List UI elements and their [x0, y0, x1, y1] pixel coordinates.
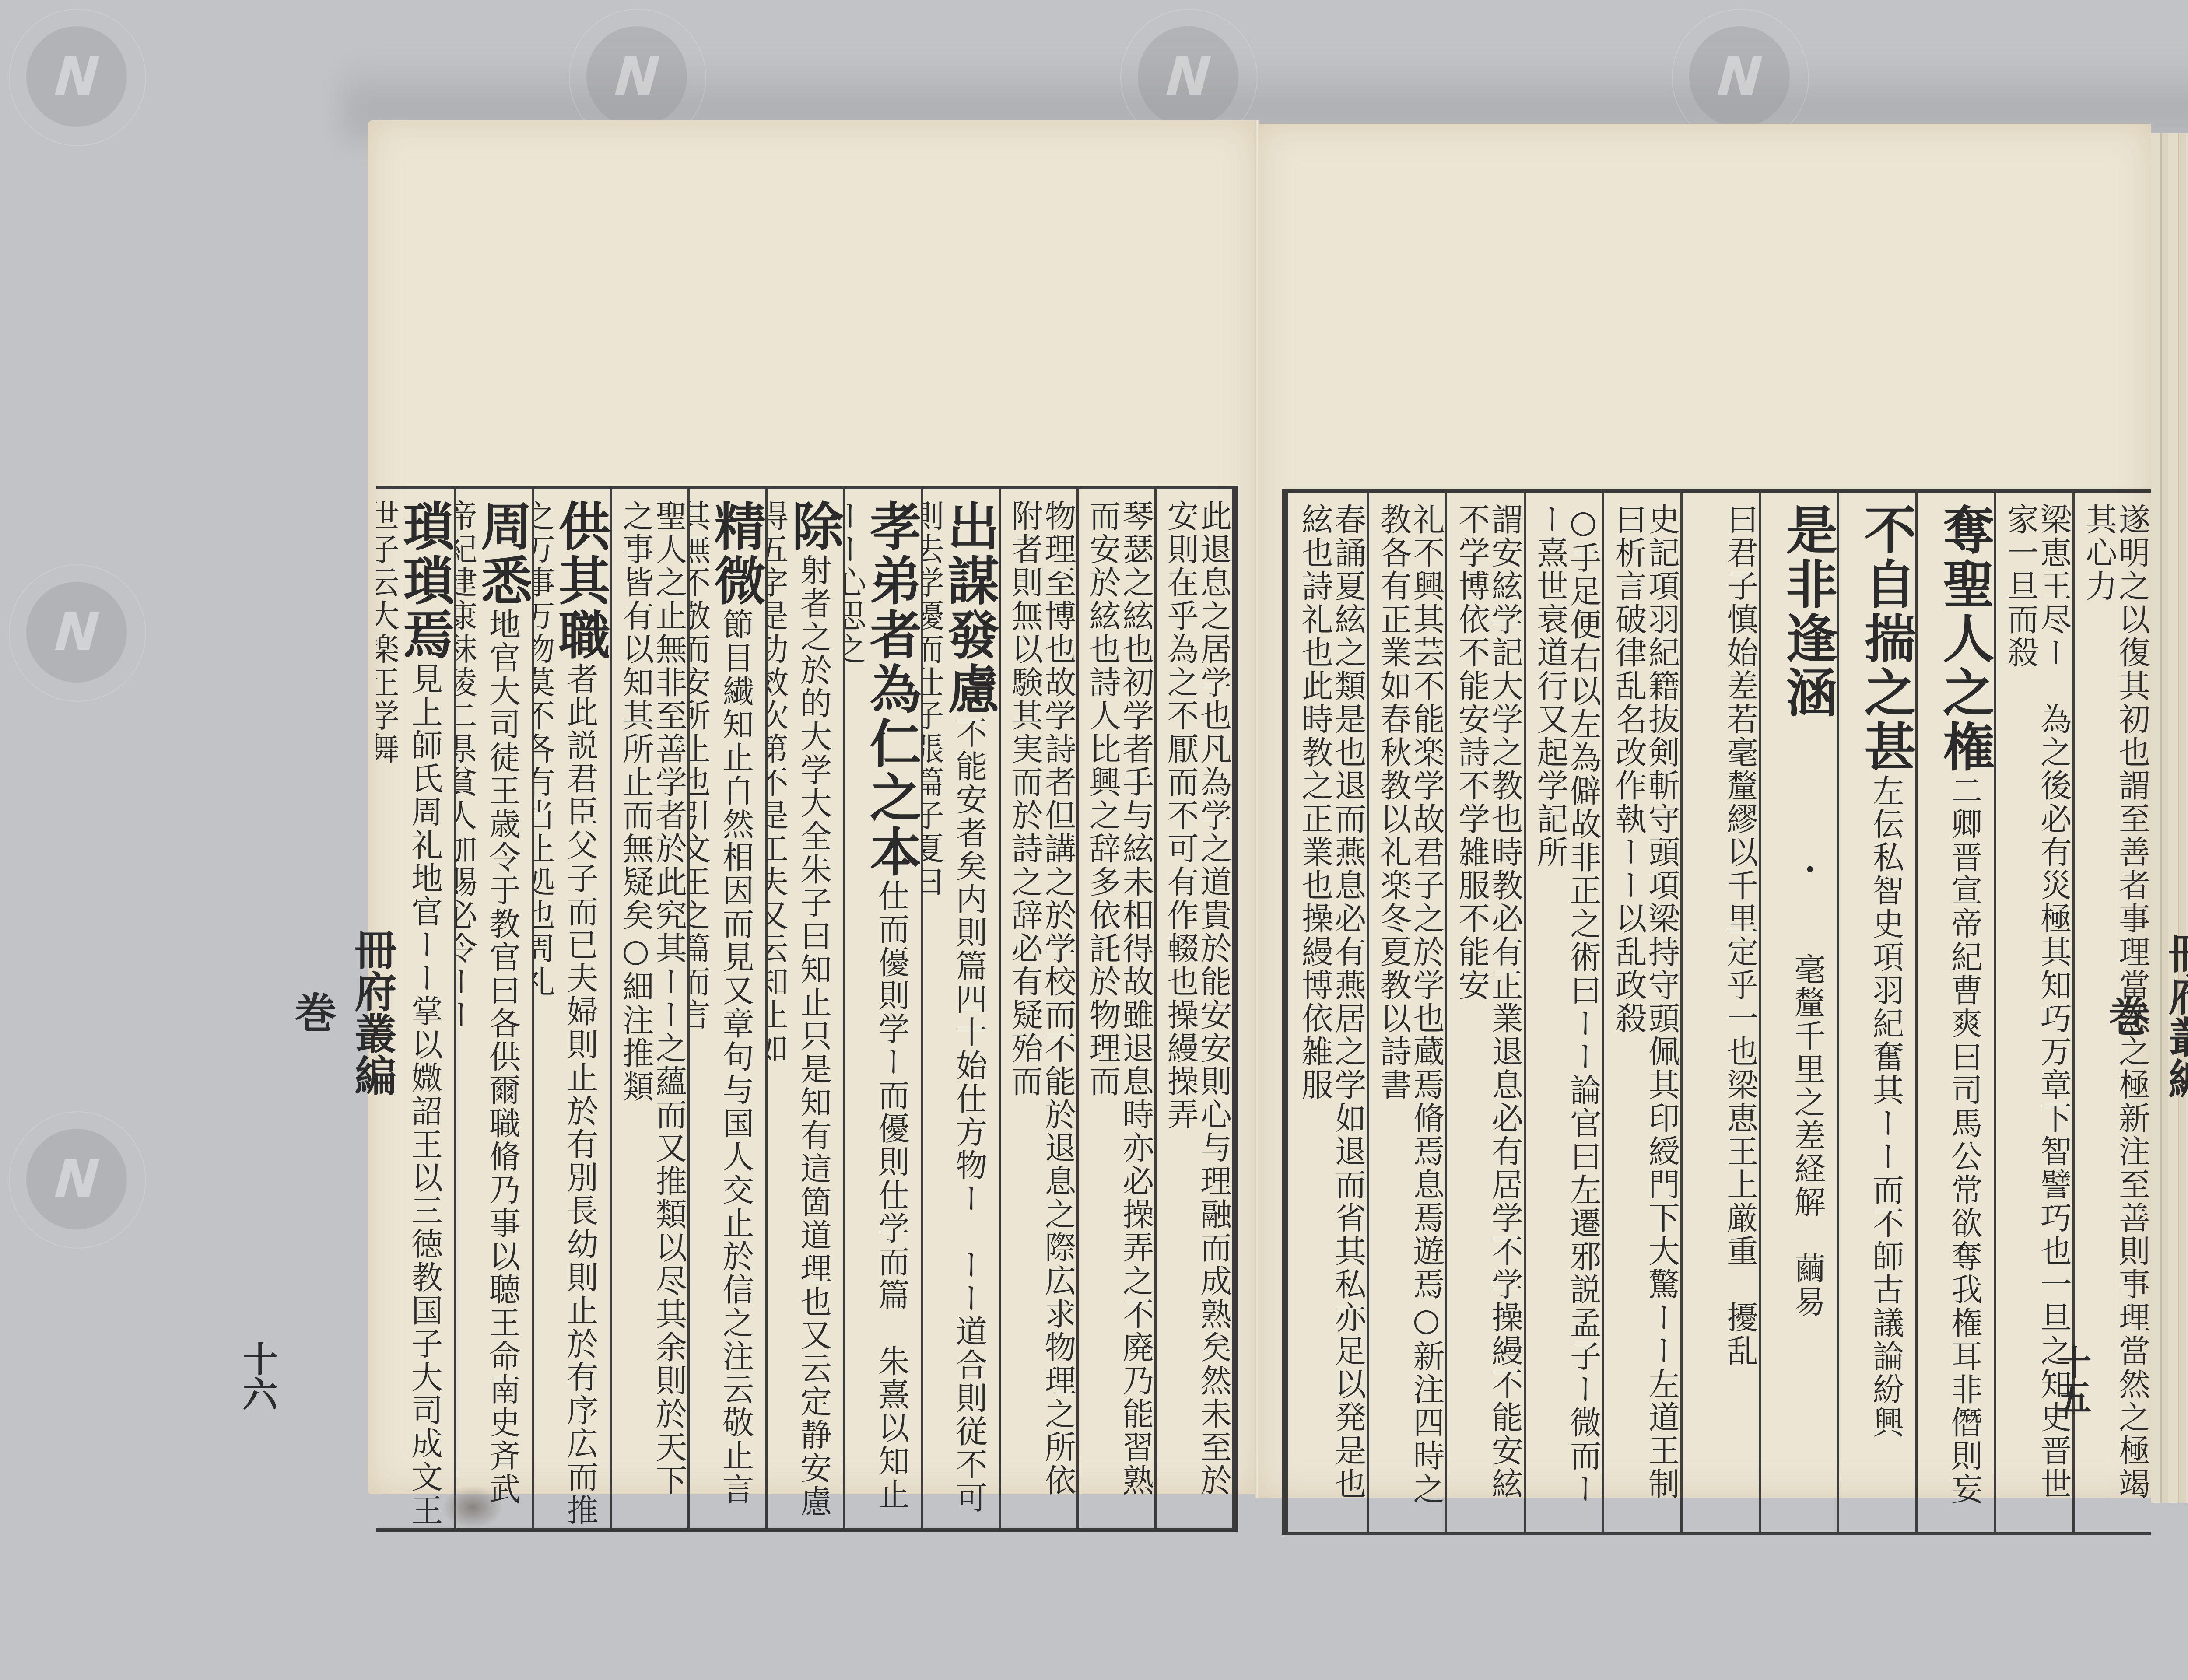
- ink-stain: [442, 1485, 503, 1529]
- text-column: 孝弟者為仁之本仕而優則学ー而優則仕学而篇 朱熹以知止ーー心思之: [843, 489, 921, 1528]
- volume-mark: 巻: [283, 991, 343, 1033]
- nishogakusha-watermark-icon: N: [26, 582, 127, 682]
- text-column: 物理至博也故学詩者但講之於学校而不能於退息之際広求物理之所依附者則無以験其実而於…: [999, 489, 1077, 1528]
- commentary-text: 聖人之止無非至善学者於此究其ーー之蘊而又推類以尽其余則於天下之事皆有以知其所止而…: [617, 500, 687, 1497]
- text-column: 礼不興其芸不能楽学故君子之於学也蔵焉脩焉息焉遊焉○新注四時之教各有正業如春秋教以…: [1367, 493, 1445, 1532]
- commentary-text: 二卿晋宣帝紀曹爽曰司馬公常欲奪我権耳非僭則妄: [1946, 774, 1983, 1506]
- headword: 周悉: [472, 500, 532, 608]
- running-head-title: 冊府叢編: [343, 928, 403, 1096]
- right-page-text-frame: 遂明之以復其初也謂至善者事理當然之極新注至善則事理當然之極竭其心力梁恵王尽ー 為…: [1282, 489, 2151, 1535]
- text-column: 供其職者此説君臣父子而已夫婦則止於有別長幼則止於有序広而推之万事万物莫不各有当止…: [532, 489, 610, 1528]
- text-column: 奪聖人之権二卿晋宣帝紀曹爽曰司馬公常欲奪我権耳非僭則妄: [1915, 493, 1994, 1532]
- commentary-text: 曰君子慎始差若毫釐繆以千里定乎一也梁恵王上厳重 擾乱: [1722, 503, 1758, 1368]
- left-page-text-frame: 此退息之居学也凡為学之道貴於能安安則心与理融而成熟矣然未至於安則在乎為之不厭而不…: [376, 486, 1238, 1532]
- commentary-text: 物理至博也故学詩者但講之於学校而不能於退息之際広求物理之所依附者則無以験其実而於…: [1006, 500, 1076, 1497]
- right-running-head: 冊府叢編 巻 十五: [2157, 489, 2188, 1528]
- text-column: 周悉地官大司徒王歳令于教官曰各供爾職脩乃事以聴王命南史斉武帝紀建康秣陵二県貧人加…: [454, 489, 532, 1528]
- volume-mark: 巻: [2097, 994, 2156, 1036]
- commentary-text: 礼不興其芸不能楽学故君子之於学也蔵焉脩焉息焉遊焉○新注四時之教各有正業如春秋教以…: [1375, 503, 1445, 1506]
- commentary-text: 射者之於的大学大全朱子曰知止只是知有這箇道理也又云定静安慮得五字是功效次第不是工…: [765, 500, 832, 1518]
- text-column: 精微節目繊知止自然相因而見又章句与国人交止於信之注云敬止言其無不敬而安所止也引文…: [687, 489, 765, 1528]
- commentary-text: 史記項羽紀籍抜剣斬守頭項梁持守頭佩其印綬門下大驚ーー左道王制曰析言破律乱名改作執…: [1610, 503, 1680, 1501]
- commentary-text: 此退息之居学也凡為学之道貴於能安安則心与理融而成熟矣然未至於安則在乎為之不厭而不…: [1162, 500, 1232, 1497]
- folio-number: 十六: [232, 1341, 283, 1411]
- nishogakusha-watermark-icon: N: [1138, 26, 1238, 127]
- text-column: 史記項羽紀籍抜剣斬守頭項梁持守頭佩其印綬門下大驚ーー左道王制曰析言破律乱名改作執…: [1602, 493, 1680, 1532]
- right-page: 遂明之以復其初也謂至善者事理當然之極新注至善則事理當然之極竭其心力梁恵王尽ー 為…: [1258, 124, 2151, 1498]
- commentary-text: 謂安絃学記大学之教也時教必有正業退息必有居学不学操縵不能安絃不学博依不能安詩不学…: [1453, 503, 1523, 1501]
- text-column: 出謀發慮不能安者矣内則篇四十始仕方物ー ーー道合則従不可則去学優而仕子張篇子夏曰: [921, 489, 999, 1528]
- text-column: 聖人之止無非至善学者於此究其ーー之蘊而又推類以尽其余則於天下之事皆有以知其所止而…: [610, 489, 688, 1528]
- left-page: 此退息之居学也凡為学之道貴於能安安則心与理融而成熟矣然未至於安則在乎為之不厭而不…: [368, 120, 1256, 1494]
- headword: 奪聖人之権: [1934, 503, 1994, 774]
- text-column: 謂安絃学記大学之教也時教必有正業退息必有居学不学操縵不能安絃不学博依不能安詩不学…: [1445, 493, 1523, 1532]
- folio-number: 十五: [2046, 1344, 2097, 1414]
- commentary-text: ○手足便右以左為僻故非正之術曰ーー論官曰左遷邪説孟子ー微而ーー熹世衰道行又起学記…: [1532, 503, 1602, 1506]
- text-column: 琴瑟之絃也初学者手与絃未相得故雖退息時亦必操弄之不廃乃能習熟而安於絃也詩人比興之…: [1076, 489, 1154, 1528]
- left-running-head: 冊府叢編 巻 十六: [344, 486, 403, 1525]
- headword: 精微: [705, 500, 765, 608]
- text-column: 是非逢涵 ・ 毫釐千里之差経解 繭易: [1759, 493, 1837, 1532]
- nishogakusha-watermark-icon: N: [26, 1129, 127, 1229]
- commentary-text: 地官大司徒王歳令于教官曰各供爾職脩乃事以聴王命南史斉武帝紀建康秣陵二県貧人加賜必…: [454, 500, 521, 1506]
- text-column: 曰君子慎始差若毫釐繆以千里定乎一也梁恵王上厳重 擾乱: [1680, 493, 1759, 1532]
- text-column: 春誦夏絃之類是也退而燕息必有燕居之学如退而省其私亦足以発是也絃也詩礼也此時教之正…: [1288, 493, 1367, 1532]
- nishogakusha-watermark-icon: N: [1689, 26, 1790, 127]
- commentary-text: 琴瑟之絃也初学者手与絃未相得故雖退息時亦必操弄之不廃乃能習熟而安於絃也詩人比興之…: [1084, 500, 1154, 1497]
- open-book: 此退息之居学也凡為学之道貴於能安安則心与理融而成熟矣然未至於安則在乎為之不厭而不…: [368, 116, 2188, 1560]
- headword: 孝弟者為仁之本: [861, 500, 921, 879]
- text-column: 此退息之居学也凡為学之道貴於能安安則心与理融而成熟矣然未至於安則在乎為之不厭而不…: [1154, 489, 1232, 1528]
- headword: 供其職: [550, 500, 610, 662]
- running-head-title: 冊府叢編: [2156, 931, 2188, 1099]
- headword: 不自揣之甚: [1855, 503, 1915, 774]
- text-column: 不自揣之甚左伝私智史項羽紀奮其ーー而不師古議論紛興: [1837, 493, 1915, 1532]
- headword: 瑣瑣焉: [394, 500, 454, 662]
- text-column: 除射者之於的大学大全朱子曰知止只是知有這箇道理也又云定静安慮得五字是功效次第不是…: [765, 489, 843, 1528]
- headword: 除: [783, 500, 843, 554]
- text-column: ○手足便右以左為僻故非正之術曰ーー論官曰左遷邪説孟子ー微而ーー熹世衰道行又起学記…: [1524, 493, 1602, 1532]
- nishogakusha-watermark-icon: N: [586, 26, 687, 127]
- nishogakusha-watermark-icon: N: [26, 26, 127, 127]
- headword: 是非逢涵: [1777, 503, 1837, 720]
- commentary-text: 左伝私智史項羽紀奮其ーー而不師古議論紛興: [1867, 774, 1904, 1439]
- commentary-text: 春誦夏絃之類是也退而燕息必有燕居之学如退而省其私亦足以発是也絃也詩礼也此時教之正…: [1297, 503, 1367, 1501]
- commentary-text: ・ 毫釐千里之差経解 繭易: [1789, 720, 1826, 1319]
- commentary-text: 節目繊知止自然相因而見又章句与国人交止於信之注云敬止言其無不敬而安所止也引文王之…: [687, 500, 754, 1506]
- headword: 出謀發慮: [939, 500, 999, 717]
